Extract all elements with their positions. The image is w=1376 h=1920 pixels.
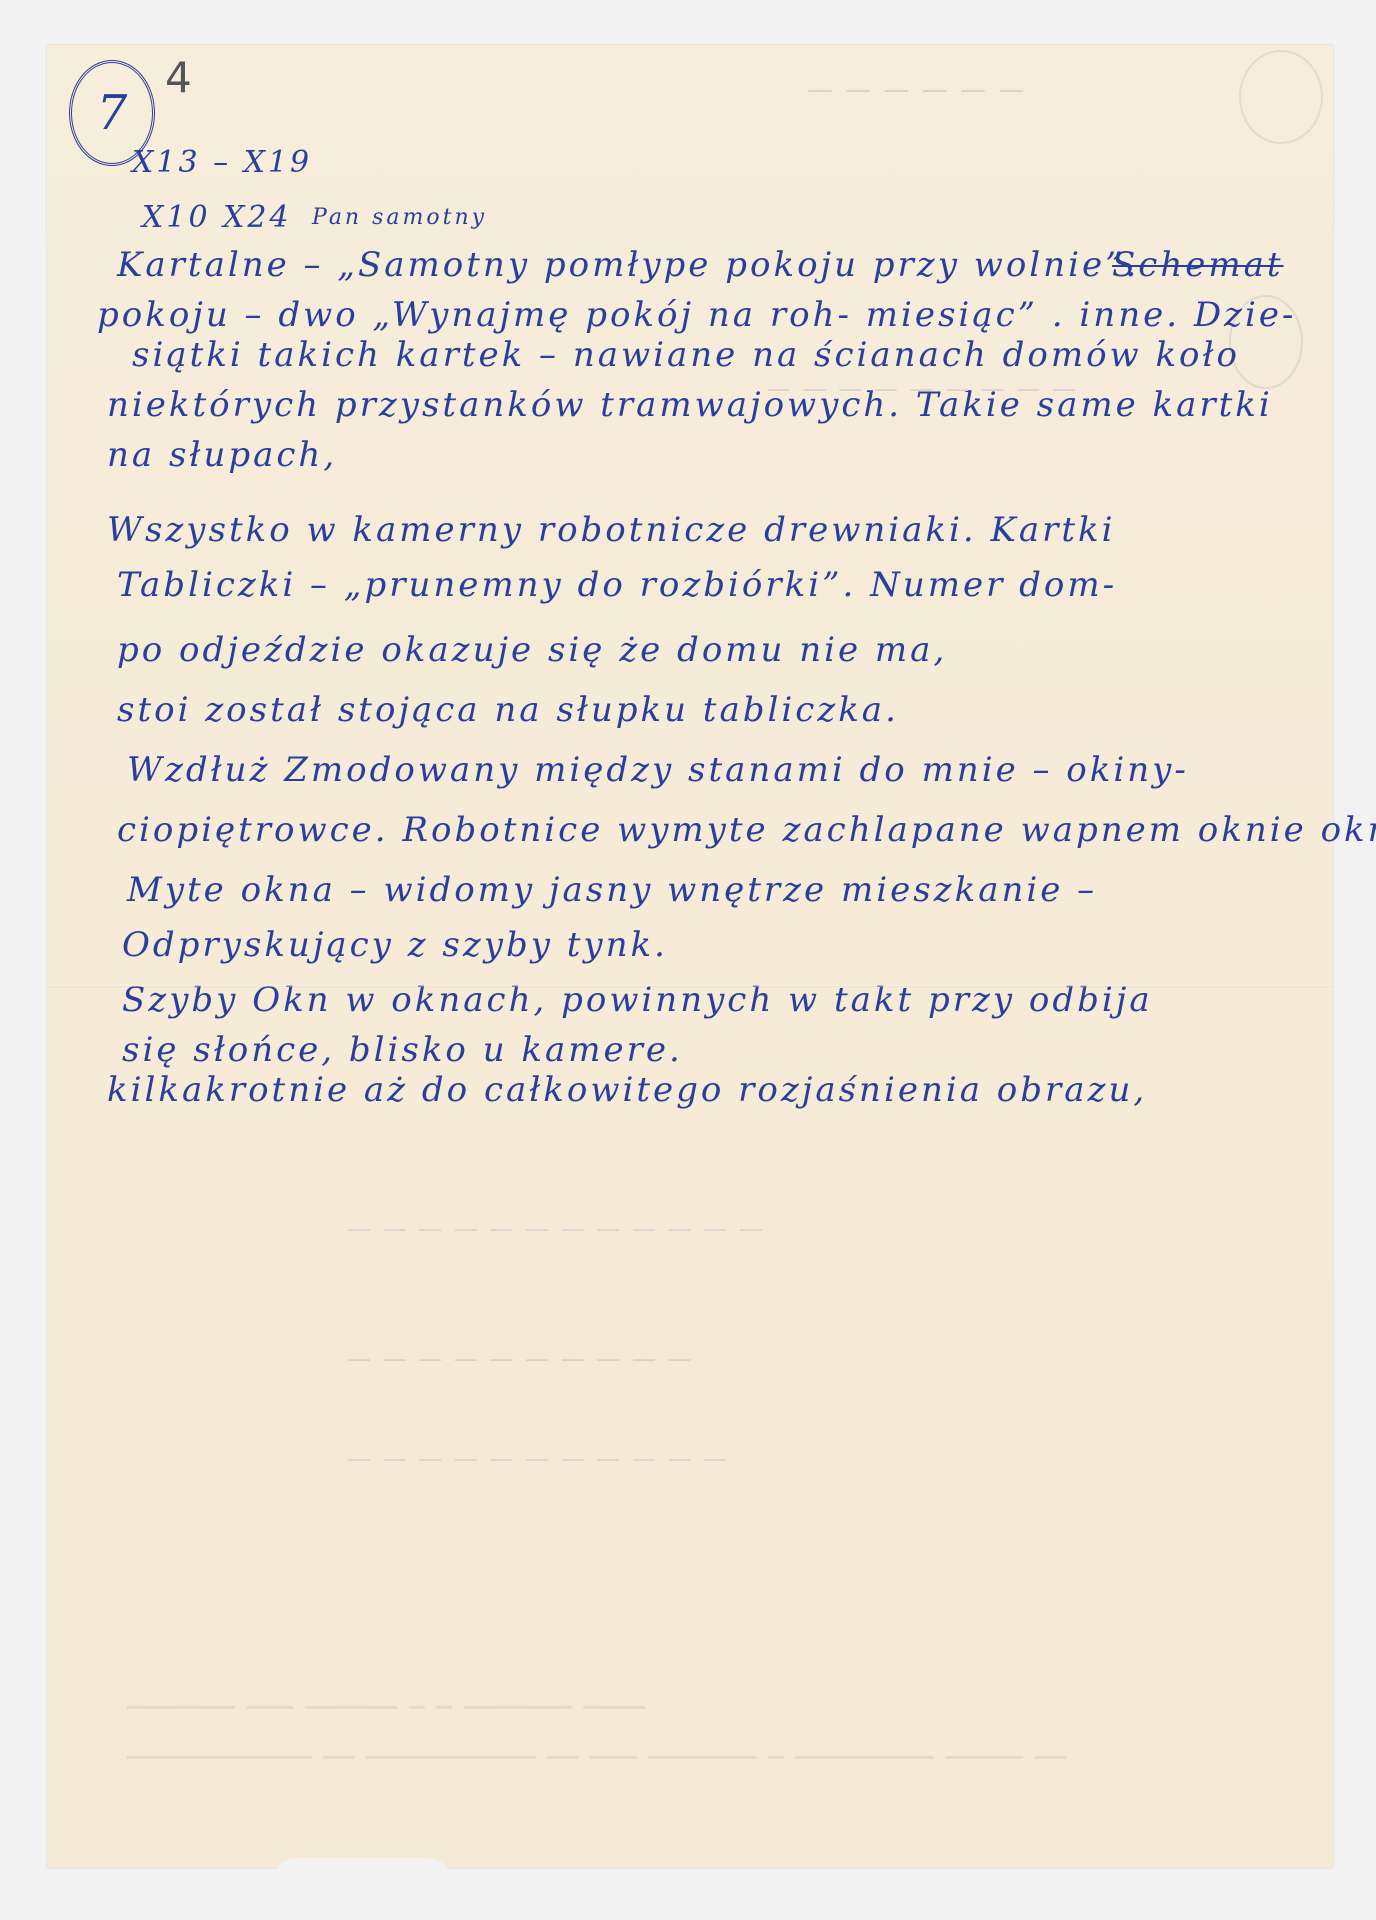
- text-line-10: Wzdłuż Zmodowany między stanami do mnie …: [127, 750, 1189, 790]
- text-line-3: siątki takich kartek – nawiane na ściana…: [132, 335, 1240, 375]
- bleed-through-typed-line: ▁▁ ▁▁▁▁▁ ▁▁▁▁▁▁▁▁▁ ▁ ▁▁▁▁▁▁▁ ▁▁▁ ▁▁ ▁▁▁▁…: [127, 1735, 1066, 1761]
- page-number-text: 7: [97, 85, 128, 141]
- insertion-above-line: Pan samotny: [312, 205, 487, 230]
- text-line-1: Kartalne – „Samotny pomłype pokoju przy …: [117, 245, 1139, 285]
- header-ref-2: X10 X24: [142, 200, 292, 235]
- bleed-through-text: — — — — — — — — —: [767, 375, 1078, 403]
- bleed-through-typed-line: ▁▁▁▁ ▁▁▁▁▁▁▁ ▁ ▁ ▁▁▁▁▁▁ ▁▁▁ ▁▁▁▁▁▁▁: [127, 1685, 645, 1711]
- right-margin-struck-word: Schemat: [1112, 245, 1284, 285]
- bleed-through-text: — — — — — — — — — — — —: [347, 1215, 765, 1243]
- text-line-7: Tabliczki – „prunemny do rozbiórki”. Num…: [117, 565, 1117, 605]
- text-line-4: niektórych przystanków tramwajowych. Tak…: [107, 385, 1273, 425]
- text-line-13: Odpryskujący z szyby tynk.: [122, 925, 668, 965]
- struck-word: Schemat: [1112, 245, 1284, 285]
- paper-tear-notch: [277, 1858, 447, 1870]
- text-line-8: po odjeździe okazuje się że domu nie ma,: [117, 630, 947, 670]
- text-line-16: kilkakrotnie aż do całkowitego rozjaśnie…: [107, 1070, 1147, 1110]
- text-line-11: ciopiętrowce. Robotnice wymyte zachlapan…: [117, 810, 1376, 850]
- text-line-5: na słupach,: [107, 435, 337, 475]
- bleed-through-text: — — — — — — — — — — —: [347, 1445, 729, 1473]
- text-line-6: Wszystko w kamerny robotnicze drewniaki.…: [107, 510, 1116, 550]
- text-line-9: stoi został stojąca na słupku tabliczka.: [117, 690, 899, 730]
- manuscript-page: 7 4 X13 – X19 X10 X24 Pan samotny Kartal…: [47, 45, 1333, 1868]
- bleed-through-text: — — — — — — — — — —: [347, 1345, 694, 1373]
- header-ref-1: X13 – X19: [132, 145, 312, 180]
- text-line-15: się słońce, blisko u kamere.: [122, 1030, 683, 1070]
- paper-fold-line: [47, 985, 1333, 987]
- text-line-2: pokoju – dwo „Wynajmę pokój na roh- mies…: [97, 295, 1296, 335]
- pencil-page-number: 4: [165, 53, 192, 102]
- text-line-12: Myte okna – widomy jasny wnętrze mieszka…: [127, 870, 1097, 910]
- bleed-through-circle: [1239, 50, 1323, 144]
- bleed-through-text: — — — — — —: [807, 75, 1026, 105]
